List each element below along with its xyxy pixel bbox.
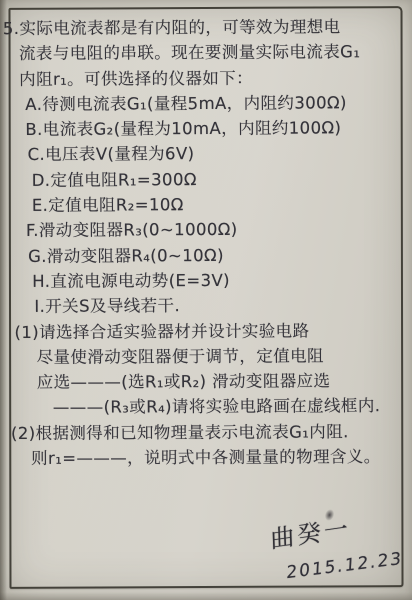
equipment-line-a: A.待测电流表G₁(量程5mA，内阻约300Ω) <box>25 90 399 117</box>
photo-edge-shadow <box>0 0 7 600</box>
equipment-line-c: C.电压表V(量程为6V) <box>27 140 399 167</box>
question-2-line: (2)根据测得和已知物理量表示电流表G₁内阻. <box>11 419 401 446</box>
problem-text: 5.实际电流表都是有内阻的，可等效为理想电 流表与电阻的串联。现在要测量实际电流… <box>13 14 401 471</box>
equipment-line-h: H.直流电源电动势(E=3V) <box>32 267 400 294</box>
problem-line: 流表与电阻的串联。现在要测量实际电流表G₁ <box>19 39 399 66</box>
equipment-line-d: D.定值电阻R₁=300Ω <box>32 166 400 193</box>
worksheet-photo: 5.实际电流表都是有内阻的，可等效为理想电 流表与电阻的串联。现在要测量实际电流… <box>0 0 412 600</box>
question-1-line: (1)请选择合适实验器材并设计实验电路 <box>14 318 400 345</box>
question-1-line: ———(R₃或R₄)请将实验电路画在虚线框内. <box>53 393 401 420</box>
problem-line: 5.实际电流表都是有内阻的，可等效为理想电 <box>3 14 399 41</box>
question-2-line: 则r₁=———，说明式中各测量量的物理含义。 <box>31 444 401 471</box>
question-1-line: 尽量使滑动变阻器便于调节，定值电阻 <box>37 343 401 370</box>
problem-line: 内阻r₁。可供选择的仪器如下： <box>19 65 399 92</box>
equipment-line-g: G.滑动变阻器R₄(0~10Ω) <box>28 242 400 269</box>
equipment-line-e: E.定值电阻R₂=10Ω <box>32 191 400 218</box>
photo-edge-shadow <box>0 592 412 600</box>
question-1-line: 应选———(选R₁或R₂) 滑动变阻器应选 <box>37 368 401 395</box>
equipment-line-b: B.电流表G₂(量程为10mA，内阻约100Ω) <box>25 115 399 142</box>
equipment-line-f: F.滑动变阻器R₃(0~1000Ω) <box>26 216 400 243</box>
equipment-line-i: I.开关S及导线若干. <box>34 292 400 319</box>
